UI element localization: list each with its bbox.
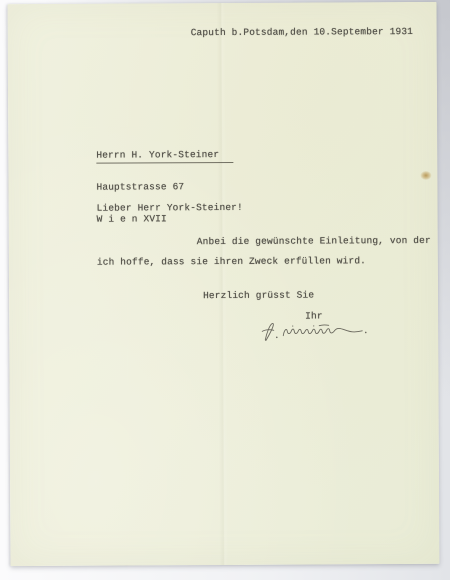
scan-background: Caputh b.Potsdam,den 10.September 1931 H… (0, 0, 450, 580)
body-line-1: Anbei die gewünschte Einleitung, von der (197, 236, 431, 248)
recipient-name: Herrn H. York-Steiner (96, 150, 219, 161)
salutation: Lieber Herr York-Steiner! (97, 203, 243, 214)
recipient-city: W i e n XVII (97, 214, 220, 225)
stain-mark (420, 171, 431, 180)
body-line-2: ich hoffe, dass sie ihren Zweck erfüllen… (97, 256, 366, 268)
letter-paper: Caputh b.Potsdam,den 10.September 1931 H… (8, 2, 440, 566)
dateline: Caputh b.Potsdam,den 10.September 1931 (191, 27, 413, 39)
fold-crease-vertical (217, 3, 229, 565)
signature-einstein-handwritten: A. Einstein. (256, 318, 374, 346)
recipient-street: Hauptstrasse 67 (96, 182, 219, 193)
recipient-address: Herrn H. York-Steiner Hauptstrasse 67 W … (96, 129, 219, 246)
closing-line: Herzlich grüsst Sie (203, 291, 314, 302)
